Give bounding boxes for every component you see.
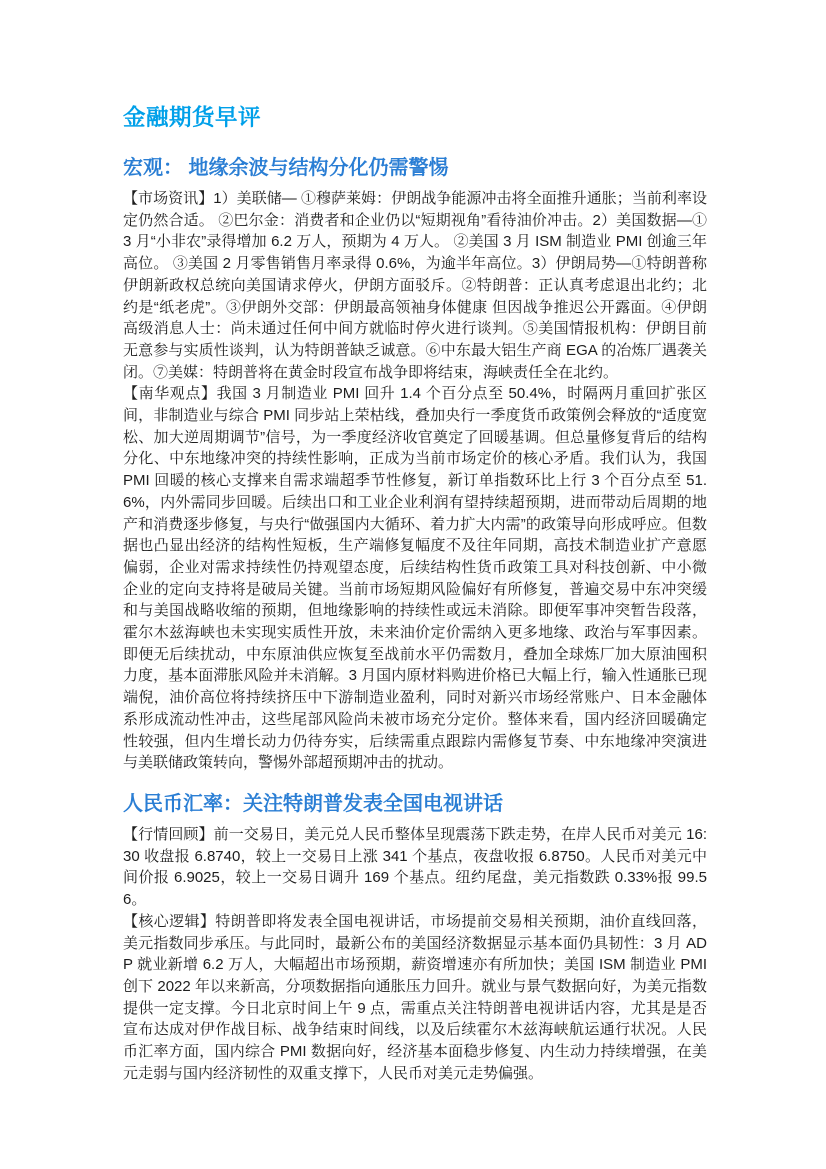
paragraph-market-news: 【市场资讯】1）美联储— ①穆萨莱姆：伊朗战争能源冲击将全面推升通胀；当前利率设…: [123, 188, 707, 383]
paragraph-core-logic: 【核心逻辑】特朗普即将发表全国电视讲话，市场提前交易相关预期，油价直线回落，美元…: [123, 911, 707, 1085]
section-heading-rmb: 人民币汇率：关注特朗普发表全国电视讲话: [123, 793, 707, 815]
section-rmb-exchange-rate: 人民币汇率：关注特朗普发表全国电视讲话 【行情回顾】前一交易日，美元兑人民币整体…: [123, 793, 707, 1084]
document-content: 金融期货早评 宏观： 地缘余波与结构分化仍需警惕 【市场资讯】1）美联储— ①穆…: [123, 106, 707, 1084]
paragraph-market-review: 【行情回顾】前一交易日，美元兑人民币整体呈现震荡下跌走势，在岸人民币对美元 16…: [123, 824, 707, 911]
paragraph-nanhua-view: 【南华观点】我国 3 月制造业 PMI 回升 1.4 个百分点至 50.4%，时…: [123, 383, 707, 774]
section-macro: 宏观： 地缘余波与结构分化仍需警惕 【市场资讯】1）美联储— ①穆萨莱姆：伊朗战…: [123, 157, 707, 774]
document-page: 金融期货早评 宏观： 地缘余波与结构分化仍需警惕 【市场资讯】1）美联储— ①穆…: [0, 0, 826, 1169]
page-title: 金融期货早评: [123, 106, 707, 130]
section-heading-macro: 宏观： 地缘余波与结构分化仍需警惕: [123, 157, 707, 179]
